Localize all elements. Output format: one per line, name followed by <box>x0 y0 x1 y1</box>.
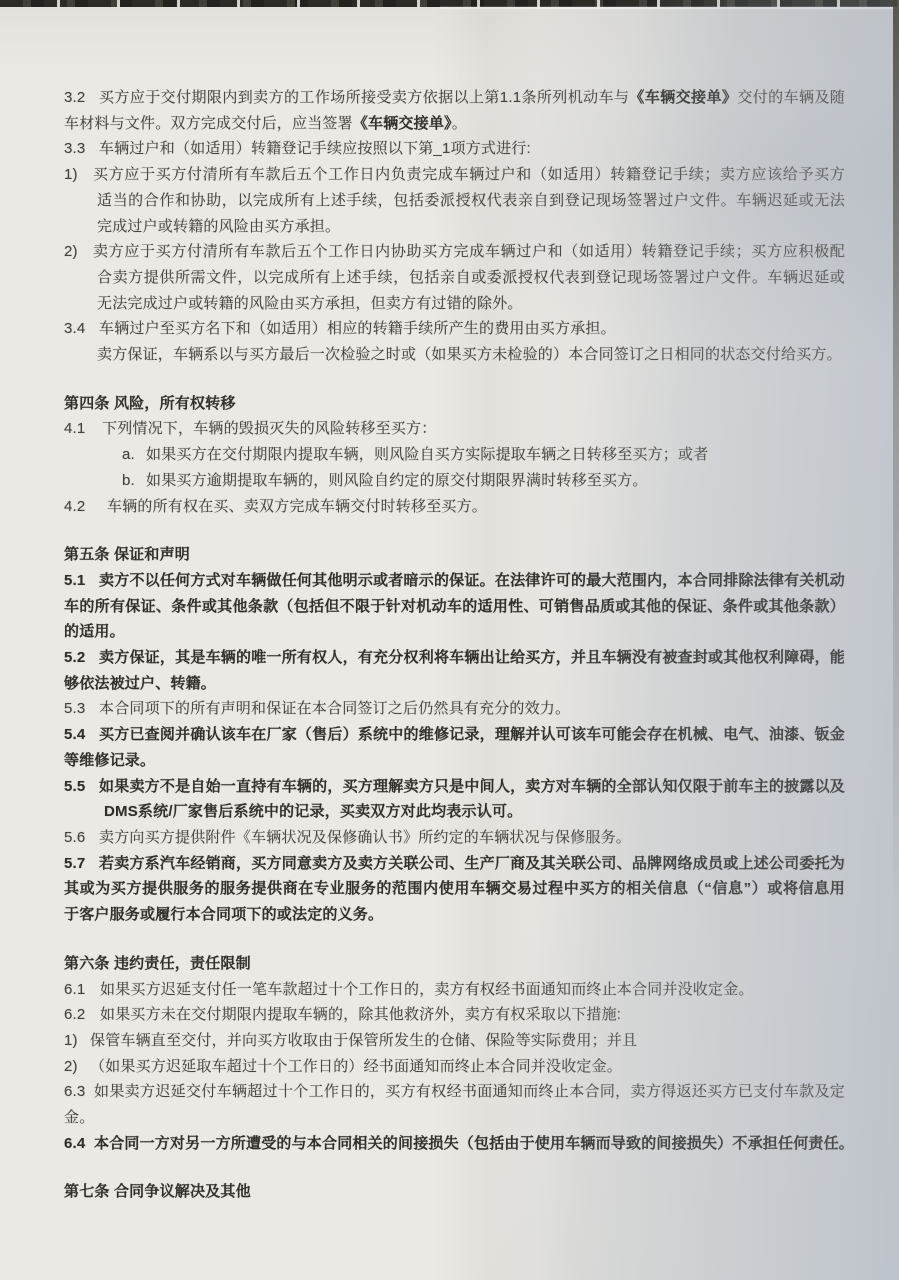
document-line: 3.4车辆过户至买方名下和（如适用）相应的转籍手续所产生的费用由买方承担。 <box>64 316 845 342</box>
clause-text: 如果卖方迟延交付车辆超过十个工作日的，买方有权经书面通知而终止本合同，卖方得返还… <box>94 1079 845 1105</box>
clause-number: 4.2 <box>64 494 107 520</box>
document-line: 完成过户或转籍的风险由买方承担。 <box>64 214 845 240</box>
photographed-contract-page: { "scene": { "paper_color_left": "#ebe9e… <box>0 0 899 1280</box>
section-heading: 第六条 违约责任，责任限制 <box>64 951 845 977</box>
document-line: DMS系统/厂家售后系统中的记录，买卖双方对此均表示认可。 <box>64 799 845 825</box>
document-line: a.如果买方在交付期限内提取车辆，则风险自买方实际提取车辆之日转移至买方；或者 <box>64 442 845 468</box>
clause-text: 本合同一方对另一方所遭受的与本合同相关的间接损失（包括由于使用车辆而导致的间接损… <box>94 1131 845 1157</box>
document-line: 5.3本合同项下的所有声明和保证在本合同签订之后仍然具有充分的效力。 <box>64 696 845 722</box>
document-line: 车材料与文件。双方完成交付后，应当签署《车辆交接单》。 <box>64 111 845 137</box>
photo-right-edge-shadow <box>893 0 899 922</box>
document-line: 1)保管车辆直至交付，并向买方收取由于保管所发生的仓储、保险等实际费用；并且 <box>64 1028 845 1054</box>
document-line: 无法完成过户或转籍的风险由买方承担，但卖方有过错的除外。 <box>64 291 845 317</box>
clause-text: 于客户服务或履行本合同项下的或法定的义务。 <box>64 902 845 928</box>
clause-text: 适当的合作和协助，以完成所有上述手续，包括委派授权代表亲自到登记现场签署过户文件… <box>97 188 845 214</box>
clause-text: 第四条 风险，所有权转移 <box>64 391 845 417</box>
clause-text: 本合同项下的所有声明和保证在本合同签订之后仍然具有充分的效力。 <box>99 696 845 722</box>
clause-text: 如果买方在交付期限内提取车辆，则风险自买方实际提取车辆之日转移至买方；或者 <box>146 442 845 468</box>
clause-text: 金。 <box>64 1105 845 1131</box>
clause-text: 卖方不以任何方式对车辆做任何其他明示或者暗示的保证。在法律许可的最大范围内，本合… <box>99 568 845 594</box>
contract-document: 3.2买方应于交付期限内到卖方的工作场所接受卖方依据以上第1.1条所列机动车与《… <box>64 85 845 1205</box>
clause-text: 够依法被过户、转籍。 <box>64 671 845 697</box>
clause-text: DMS系统/厂家售后系统中的记录，买卖双方对此均表示认可。 <box>104 799 845 825</box>
clause-number: 5.6 <box>64 825 99 851</box>
clause-text: 其或为买方提供服务的服务提供商在专业服务的范围内使用车辆交易过程中买方的相关信息… <box>64 876 845 902</box>
document-line: 5.1卖方不以任何方式对车辆做任何其他明示或者暗示的保证。在法律许可的最大范围内… <box>64 568 845 594</box>
clause-text: 卖方应于买方付清所有车款后五个工作日内协助买方完成车辆过户和（如适用）转籍登记手… <box>93 239 845 265</box>
clause-text: 如果卖方不是自始一直持有车辆的，买方理解卖方只是中间人，卖方对车辆的全部认知仅限… <box>99 774 845 800</box>
clause-text: 下列情况下，车辆的毁损灭失的风险转移至买方： <box>102 416 845 442</box>
clause-text: 车辆过户和（如适用）转籍登记手续应按照以下第_1项方式进行: <box>99 136 845 162</box>
clause-text: 如果买方未在交付期限内提取车辆的，除其他救济外，卖方有权采取以下措施: <box>100 1002 845 1028</box>
document-line: 6.4本合同一方对另一方所遭受的与本合同相关的间接损失（包括由于使用车辆而导致的… <box>64 1131 845 1157</box>
clause-text: 买方应于交付期限内到卖方的工作场所接受卖方依据以上第1.1条所列机动车与《车辆交… <box>99 85 845 111</box>
clause-number: 1) <box>64 162 93 188</box>
clause-text: 买方应于买方付清所有车款后五个工作日内负责完成车辆过户和（如适用）转籍登记手续；… <box>93 162 845 188</box>
document-line: 5.5如果卖方不是自始一直持有车辆的，买方理解卖方只是中间人，卖方对车辆的全部认… <box>64 774 845 800</box>
clause-text: 完成过户或转籍的风险由买方承担。 <box>97 214 845 240</box>
clause-text: 第六条 违约责任，责任限制 <box>64 951 845 977</box>
clause-text: 车辆的所有权在买、卖双方完成车辆交付时转移至买方。 <box>107 494 845 520</box>
clause-number: 4.1 <box>64 416 102 442</box>
clause-text: 车材料与文件。双方完成交付后，应当签署《车辆交接单》。 <box>64 111 845 137</box>
document-line: 合卖方提供所需文件，以完成所有上述手续，包括亲自或委派授权代表到登记现场签署过户… <box>64 265 845 291</box>
document-line: 5.7若卖方系汽车经销商，买方同意卖方及卖方关联公司、生产厂商及其关联公司、品牌… <box>64 851 845 877</box>
clause-number: 3.4 <box>64 316 99 342</box>
clause-number: 3.2 <box>64 85 99 111</box>
document-line: 6.2如果买方未在交付期限内提取车辆的，除其他救济外，卖方有权采取以下措施: <box>64 1002 845 1028</box>
clause-number: 5.7 <box>64 851 99 877</box>
document-line: 4.2车辆的所有权在买、卖双方完成车辆交付时转移至买方。 <box>64 494 845 520</box>
document-line: 5.6卖方向买方提供附件《车辆状况及保修确认书》所约定的车辆状况与保修服务。 <box>64 825 845 851</box>
document-line: 5.2卖方保证，其是车辆的唯一所有权人，有充分权利将车辆出让给买方，并且车辆没有… <box>64 645 845 671</box>
document-line: 等维修记录。 <box>64 748 845 774</box>
paper-edge-highlight <box>440 7 899 9</box>
clause-number: 5.5 <box>64 774 99 800</box>
document-line: 的适用。 <box>64 619 845 645</box>
document-line: 2)（如果买方迟延取车超过十个工作日的）经书面通知而终止本合同并没收定金。 <box>64 1054 845 1080</box>
desk-edge-strip <box>0 0 899 7</box>
document-line: 4.1下列情况下，车辆的毁损灭失的风险转移至买方： <box>64 416 845 442</box>
clause-text: 若卖方系汽车经销商，买方同意卖方及卖方关联公司、生产厂商及其关联公司、品牌网络成… <box>99 851 845 877</box>
clause-number: b. <box>122 468 146 494</box>
document-line: 其或为买方提供服务的服务提供商在专业服务的范围内使用车辆交易过程中买方的相关信息… <box>64 876 845 902</box>
document-line: 车的所有保证、条件或其他条款（包括但不限于针对机动车的适用性、可销售品质或其他的… <box>64 594 845 620</box>
document-line: 6.1如果买方迟延支付任一笔车款超过十个工作日的，卖方有权经书面通知而终止本合同… <box>64 977 845 1003</box>
clause-text: 如果买方迟延支付任一笔车款超过十个工作日的，卖方有权经书面通知而终止本合同并没收… <box>100 977 845 1003</box>
document-line: 5.4买方已查阅并确认该车在厂家（售后）系统中的维修记录，理解并认可该车可能会存… <box>64 722 845 748</box>
clause-text: 买方已查阅并确认该车在厂家（售后）系统中的维修记录，理解并认可该车可能会存在机械… <box>99 722 845 748</box>
clause-number: 3.3 <box>64 136 99 162</box>
document-line: 1)买方应于买方付清所有车款后五个工作日内负责完成车辆过户和（如适用）转籍登记手… <box>64 162 845 188</box>
clause-text: 的适用。 <box>64 619 845 645</box>
document-line: 3.2买方应于交付期限内到卖方的工作场所接受卖方依据以上第1.1条所列机动车与《… <box>64 85 845 111</box>
clause-text: 第五条 保证和声明 <box>64 542 845 568</box>
document-line: b.如果买方逾期提取车辆的，则风险自约定的原交付期限界满时转移至买方。 <box>64 468 845 494</box>
clause-number: 6.3 <box>64 1079 94 1105</box>
clause-number: 6.2 <box>64 1002 100 1028</box>
clause-text: （如果买方迟延取车超过十个工作日的）经书面通知而终止本合同并没收定金。 <box>90 1054 845 1080</box>
clause-text: 等维修记录。 <box>64 748 845 774</box>
section-heading: 第四条 风险，所有权转移 <box>64 391 845 417</box>
document-line: 于客户服务或履行本合同项下的或法定的义务。 <box>64 902 845 928</box>
section-heading: 第五条 保证和声明 <box>64 542 845 568</box>
document-line: 适当的合作和协助，以完成所有上述手续，包括委派授权代表亲自到登记现场签署过户文件… <box>64 188 845 214</box>
clause-text: 如果买方逾期提取车辆的，则风险自约定的原交付期限界满时转移至买方。 <box>146 468 845 494</box>
clause-number: 5.4 <box>64 722 99 748</box>
clause-number: 5.1 <box>64 568 99 594</box>
clause-number: 5.3 <box>64 696 99 722</box>
section-heading: 第七条 合同争议解决及其他 <box>64 1179 845 1205</box>
document-line: 够依法被过户、转籍。 <box>64 671 845 697</box>
clause-text: 卖方保证，车辆系以与买方最后一次检验之时或（如果买方未检验的）本合同签订之日相同… <box>97 342 845 368</box>
document-line: 3.3车辆过户和（如适用）转籍登记手续应按照以下第_1项方式进行: <box>64 136 845 162</box>
clause-number: 5.2 <box>64 645 99 671</box>
clause-text: 卖方向买方提供附件《车辆状况及保修确认书》所约定的车辆状况与保修服务。 <box>99 825 845 851</box>
document-line: 6.3如果卖方迟延交付车辆超过十个工作日的，买方有权经书面通知而终止本合同，卖方… <box>64 1079 845 1105</box>
clause-text: 车辆过户至买方名下和（如适用）相应的转籍手续所产生的费用由买方承担。 <box>99 316 845 342</box>
clause-number: 6.4 <box>64 1131 94 1157</box>
clause-number: 1) <box>64 1028 90 1054</box>
document-line: 金。 <box>64 1105 845 1131</box>
clause-text: 保管车辆直至交付，并向买方收取由于保管所发生的仓储、保险等实际费用；并且 <box>90 1028 845 1054</box>
clause-text: 无法完成过户或转籍的风险由买方承担，但卖方有过错的除外。 <box>97 291 845 317</box>
clause-text: 合卖方提供所需文件，以完成所有上述手续，包括亲自或委派授权代表到登记现场签署过户… <box>97 265 845 291</box>
clause-text: 车的所有保证、条件或其他条款（包括但不限于针对机动车的适用性、可销售品质或其他的… <box>64 594 845 620</box>
clause-number: 2) <box>64 239 93 265</box>
clause-text: 卖方保证，其是车辆的唯一所有权人，有充分权利将车辆出让给买方，并且车辆没有被查封… <box>99 645 845 671</box>
clause-text: 第七条 合同争议解决及其他 <box>64 1179 845 1205</box>
clause-number: 2) <box>64 1054 90 1080</box>
clause-number: 6.1 <box>64 977 100 1003</box>
document-line: 卖方保证，车辆系以与买方最后一次检验之时或（如果买方未检验的）本合同签订之日相同… <box>64 342 845 368</box>
document-line: 2)卖方应于买方付清所有车款后五个工作日内协助买方完成车辆过户和（如适用）转籍登… <box>64 239 845 265</box>
clause-number: a. <box>122 442 146 468</box>
